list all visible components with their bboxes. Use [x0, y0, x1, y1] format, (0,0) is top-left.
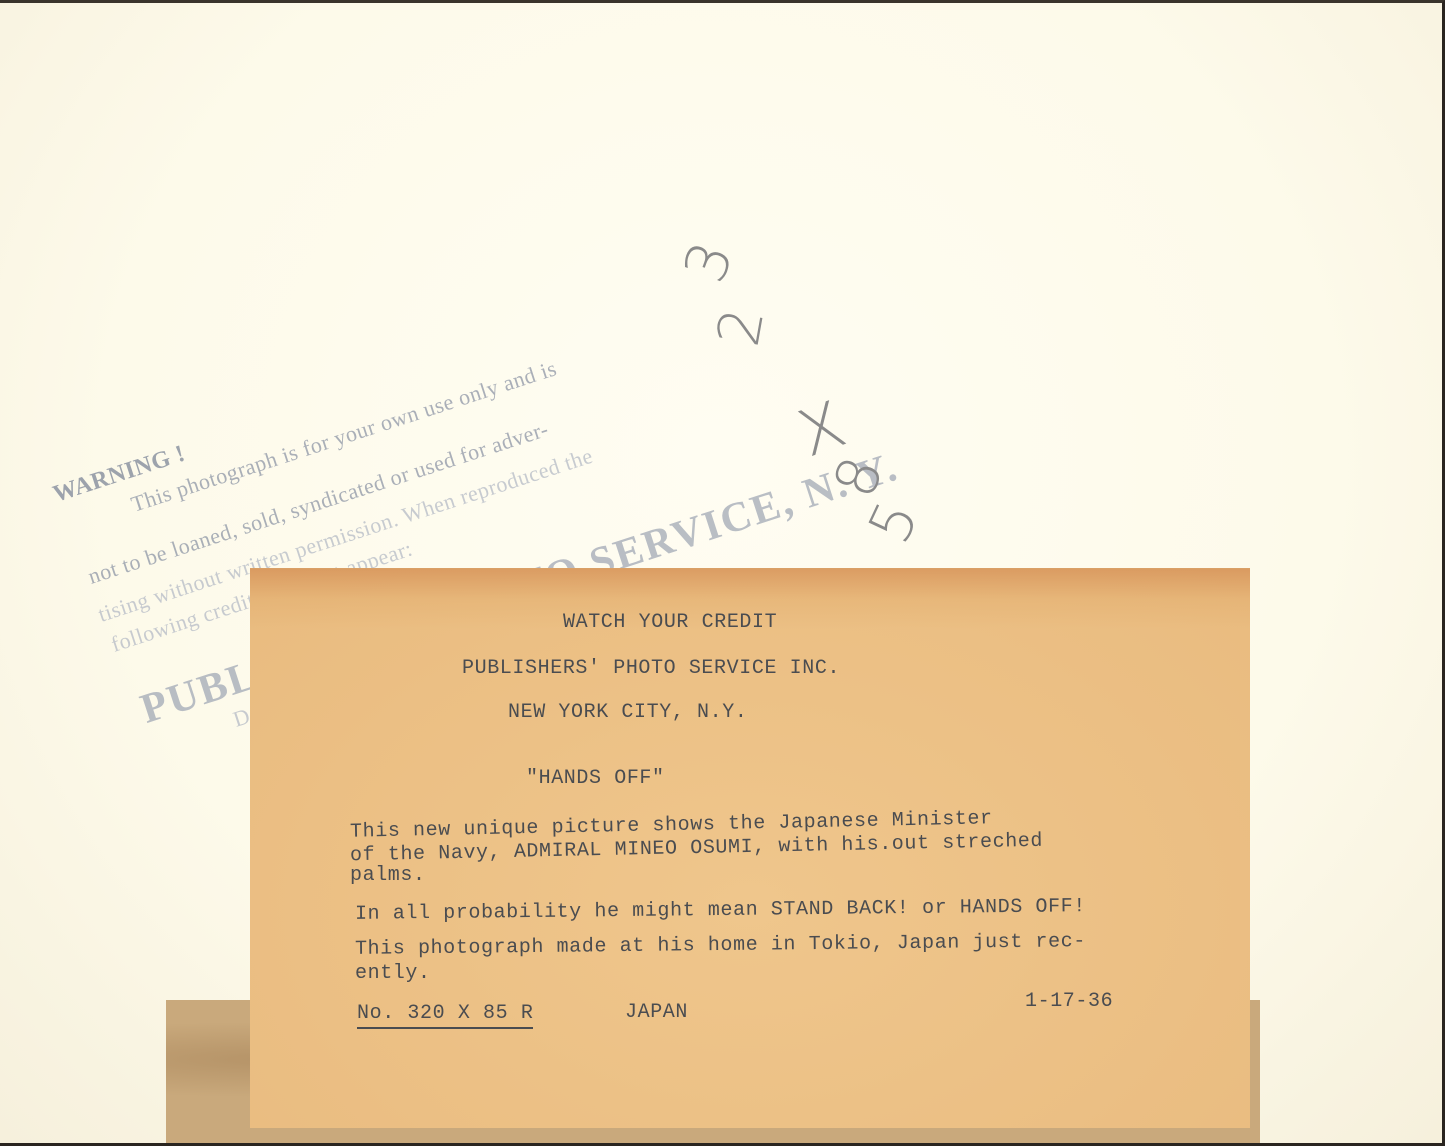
caption-body-line: palms.	[350, 864, 426, 887]
caption-location-line: This photograph made at his home in Toki…	[355, 930, 1086, 961]
agency-city: NEW YORK CITY, N.Y.	[508, 701, 747, 724]
pencil-digit: 3	[670, 233, 747, 291]
caption-slip: WATCH YOUR CREDIT PUBLISHERS' PHOTO SERV…	[250, 568, 1250, 1128]
photo-date: 1-17-36	[1025, 990, 1113, 1013]
photo-back: WARNING ! This photograph is for your ow…	[0, 0, 1445, 1146]
pencil-digit: 2	[704, 303, 777, 351]
caption-probability-line: In all probability he might mean STAND B…	[355, 895, 1086, 926]
caption-location-line: ently.	[355, 962, 431, 985]
pencil-digit: 5	[855, 491, 932, 553]
photo-country: JAPAN	[625, 1001, 688, 1024]
credit-header: WATCH YOUR CREDIT	[563, 611, 777, 634]
agency-name: PUBLISHERS' PHOTO SERVICE INC.	[462, 657, 840, 680]
photo-number: No. 320 X 85 R	[357, 1002, 533, 1029]
photo-title: "HANDS OFF"	[526, 767, 665, 790]
